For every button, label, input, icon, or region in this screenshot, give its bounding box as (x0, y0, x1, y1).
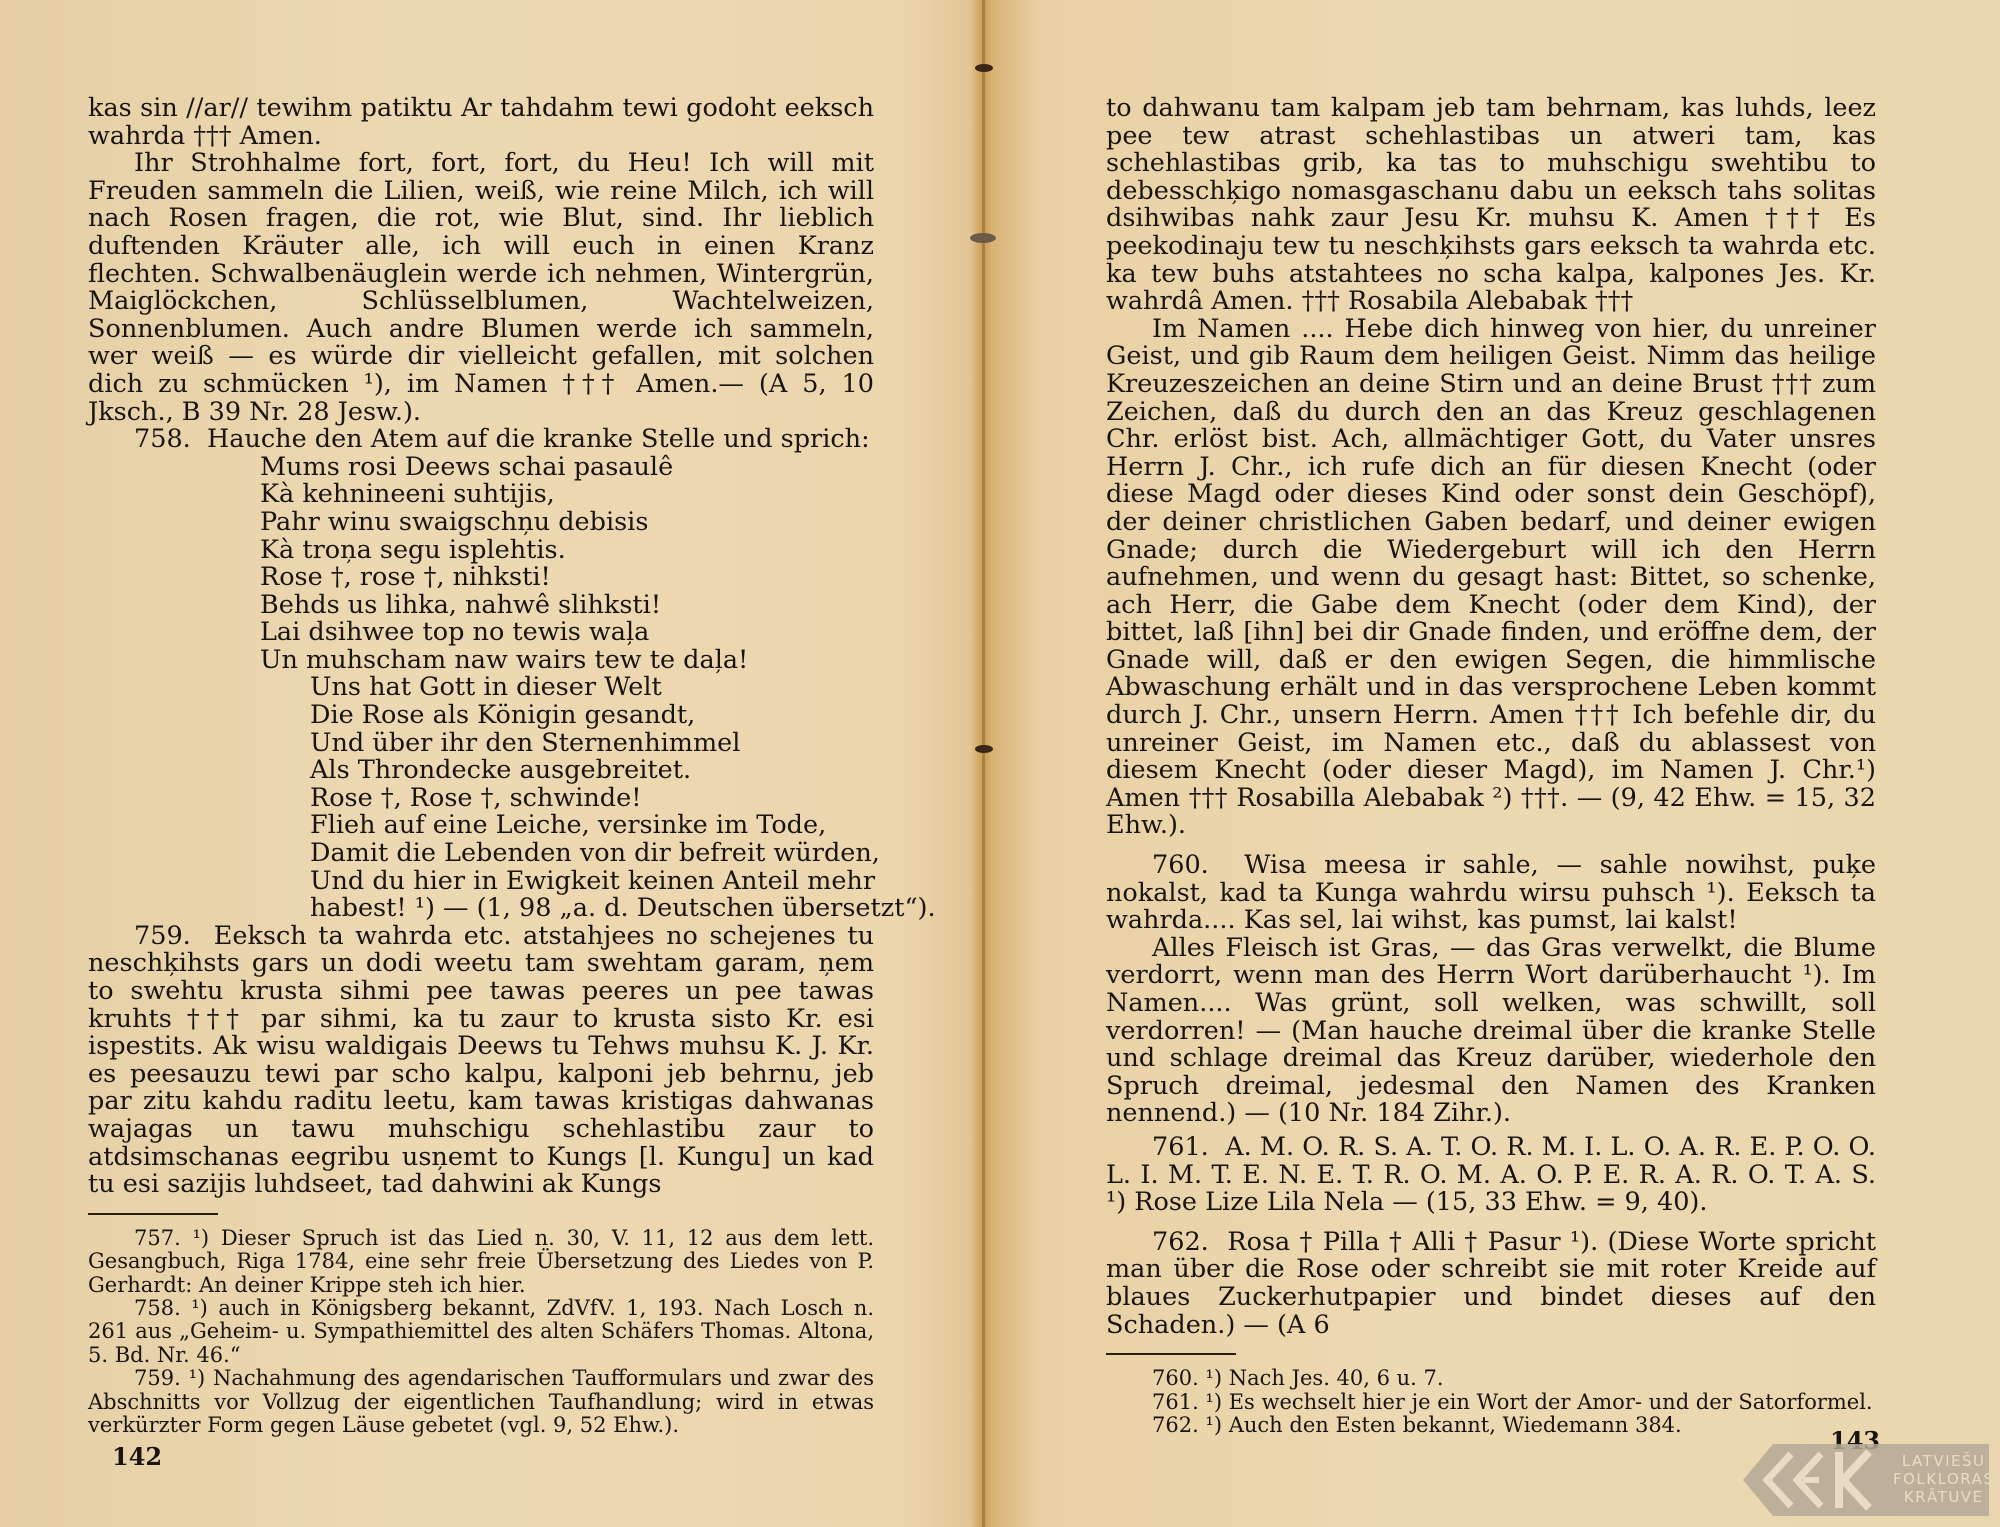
paragraph-759-latvian-end: to dahwanu tam kalpam jeb tam behrnam, k… (1106, 95, 1876, 316)
footnote: 761. ¹) Es wechselt hier je ein Wort der… (1106, 1391, 1876, 1414)
binding-stitch (970, 233, 996, 243)
verse-line: habest! ¹) — (1, 98 „a. d. Deutschen übe… (310, 895, 874, 923)
right-page-body: to dahwanu tam kalpam jeb tam behrnam, k… (1106, 95, 1876, 1339)
verse-line: Un muhscham naw wairs tew te daļa! (260, 647, 874, 675)
right-page: to dahwanu tam kalpam jeb tam behrnam, k… (1106, 95, 1876, 1437)
verse-line: Die Rose als Königin gesandt, (310, 702, 874, 730)
paragraph-757-german: Ihr Strohhalme fort, fort, fort, du Heu!… (88, 150, 874, 426)
footnote: 762. ¹) Auch den Esten bekannt, Wiedeman… (1106, 1414, 1876, 1437)
entry-number: 760. (1152, 850, 1209, 880)
verse-german: Uns hat Gott in dieser Welt Die Rose als… (88, 674, 874, 922)
entry-number: 758. (134, 424, 191, 454)
verse-line: Rose †, rose †, nihksti! (260, 564, 874, 592)
verse-line: Pahr winu swaigschņu debisis (260, 509, 874, 537)
left-page-body: kas sin //ar// tewihm patiktu Ar tahdahm… (88, 95, 874, 1199)
verse-line: Mums rosi Deews schai pasaulê (260, 454, 874, 482)
page-number-left: 142 (112, 1442, 162, 1471)
entry-760: 760. Wisa meesa ir sahle, — sahle nowihs… (1106, 852, 1876, 935)
verse-line: Als Throndecke ausgebreitet. (310, 757, 874, 785)
entry-759: 759. Eeksch ta wahrda etc. atstahjees no… (88, 923, 874, 1199)
verse-line: Uns hat Gott in dieser Welt (310, 674, 874, 702)
entry-text: A. M. O. R. S. A. T. O. R. M. I. L. O. A… (1106, 1132, 1876, 1217)
left-footnotes: 757. ¹) Dieser Spruch ist das Lied n. 30… (88, 1227, 874, 1438)
left-page: kas sin //ar// tewihm patiktu Ar tahdahm… (88, 95, 874, 1437)
right-footnotes: 760. ¹) Nach Jes. 40, 6 u. 7. 761. ¹) Es… (1106, 1367, 1876, 1437)
entry-number: 759. (134, 921, 191, 951)
verse-line: Flieh auf eine Leiche, versinke im Tode, (310, 812, 874, 840)
entry-intro: Hauche den Atem auf die kranke Stelle un… (207, 424, 870, 454)
entry-text: Rosa † Pilla † Alli † Pasur ¹). (Diese W… (1106, 1227, 1876, 1340)
entry-text: Eeksch ta wahrda etc. atstahjees no sche… (88, 921, 874, 1199)
entry-text-latvian: Wisa meesa ir sahle, — sahle nowihst, pu… (1106, 850, 1876, 935)
watermark-text: LATVIEŠU FOLKLORAS KRĀTUVE (1893, 1452, 1994, 1506)
entry-761: 761. A. M. O. R. S. A. T. O. R. M. I. L.… (1106, 1134, 1876, 1217)
paragraph-759-german: Im Namen .... Hebe dich hinweg von hier,… (1106, 316, 1876, 840)
footnote: 757. ¹) Dieser Spruch ist das Lied n. 30… (88, 1227, 874, 1297)
footnote: 759. ¹) Nachahmung des agendarischen Tau… (88, 1367, 874, 1437)
verse-line: Und du hier in Ewigkeit keinen Anteil me… (310, 868, 874, 896)
book-gutter (982, 0, 985, 1527)
verse-line: Rose †, Rose †, schwinde! (310, 785, 874, 813)
binding-stitch (975, 745, 993, 753)
paragraph-757-latvian-end: kas sin //ar// tewihm patiktu Ar tahdahm… (88, 95, 874, 150)
verse-line: Und über ihr den Sternenhimmel (310, 730, 874, 758)
binding-stitch (975, 64, 993, 72)
entry-758: 758. Hauche den Atem auf die kranke Stel… (88, 426, 874, 454)
footnote: 760. ¹) Nach Jes. 40, 6 u. 7. (1106, 1367, 1876, 1390)
footnote: 758. ¹) auch in Königsberg bekannt, ZdVf… (88, 1297, 874, 1367)
verse-latvian: Mums rosi Deews schai pasaulê Kà kehnine… (88, 454, 874, 675)
verse-line: Kà troņa segu isplehtis. (260, 537, 874, 565)
entry-760-german: Alles Fleisch ist Gras, — das Gras verwe… (1106, 935, 1876, 1128)
entry-762: 762. Rosa † Pilla † Alli † Pasur ¹). (Di… (1106, 1229, 1876, 1339)
verse-line: Behds us lihka, nahwê slihksti! (260, 592, 874, 620)
footnote-rule (88, 1213, 218, 1215)
verse-line: Kà kehnineeni suhtijis, (260, 481, 874, 509)
entry-number: 761. (1152, 1132, 1209, 1162)
verse-line: Lai dsihwee top no tewis waļa (260, 619, 874, 647)
entry-number: 762. (1152, 1227, 1209, 1257)
footnote-rule (1106, 1353, 1236, 1355)
verse-line: Damit die Lebenden von dir befreit würde… (310, 840, 874, 868)
